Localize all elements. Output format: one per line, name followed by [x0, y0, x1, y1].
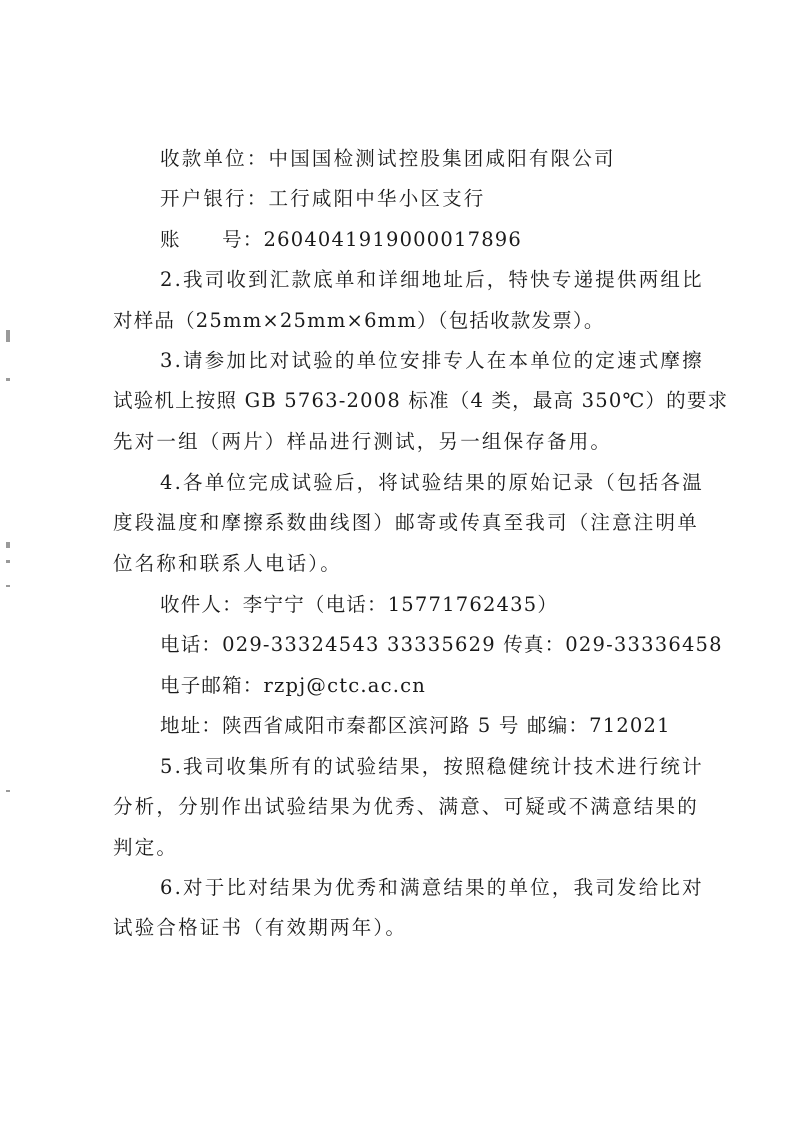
item-3-line-3: 先对一组（两片）样品进行测试，另一组保存备用。	[113, 429, 612, 455]
account-line: 账 号：2604041919000017896	[160, 227, 522, 253]
item-5-line-1: 5.我司收集所有的试验结果，按照稳健统计技术进行统计	[160, 754, 704, 780]
document-page: 收款单位：中国国检测试控股集团咸阳有限公司 开户银行：工行咸阳中华小区支行 账 …	[0, 0, 800, 1132]
margin-mark	[6, 378, 10, 381]
item-6-line-2: 试验合格证书（有效期两年）。	[113, 915, 407, 941]
item-3-line-1: 3.请参加比对试验的单位安排专人在本单位的定速式摩擦	[160, 348, 704, 374]
address-line: 地址：陕西省咸阳市秦都区滨河路 5 号 邮编：712021	[160, 713, 671, 739]
margin-mark	[6, 790, 10, 792]
item-2-line-2: 对样品（25mm×25mm×6mm）（包括收款发票）。	[113, 308, 605, 334]
item-4-line-1: 4.各单位完成试验后，将试验结果的原始记录（包括各温	[160, 470, 704, 496]
payee-line: 收款单位：中国国检测试控股集团咸阳有限公司	[160, 146, 616, 172]
item-3-line-2: 试验机上按照 GB 5763-2008 标准（4 类，最高 350℃）的要求	[113, 388, 728, 414]
item-5-line-2: 分析，分别作出试验结果为优秀、满意、可疑或不满意结果的	[113, 794, 699, 820]
item-6-line-1: 6.对于比对结果为优秀和满意结果的单位，我司发给比对	[160, 875, 704, 901]
margin-mark	[6, 542, 10, 548]
phone-fax-line: 电话：029-33324543 33335629 传真：029-33336458	[160, 632, 723, 658]
item-5-line-3: 判定。	[113, 835, 178, 861]
email-line: 电子邮箱：rzpj@ctc.ac.cn	[160, 673, 426, 699]
margin-mark	[6, 560, 10, 563]
bank-line: 开户银行：工行咸阳中华小区支行	[160, 186, 486, 212]
item-2-line-1: 2.我司收到汇款底单和详细地址后，特快专递提供两组比	[160, 267, 704, 293]
margin-mark	[6, 585, 10, 587]
item-4-line-3: 位名称和联系人电话）。	[113, 551, 342, 577]
margin-mark	[6, 330, 10, 342]
item-4-line-2: 度段温度和摩擦系数曲线图）邮寄或传真至我司（注意注明单	[113, 510, 699, 536]
recipient-line: 收件人：李宁宁（电话：15771762435）	[160, 592, 558, 618]
